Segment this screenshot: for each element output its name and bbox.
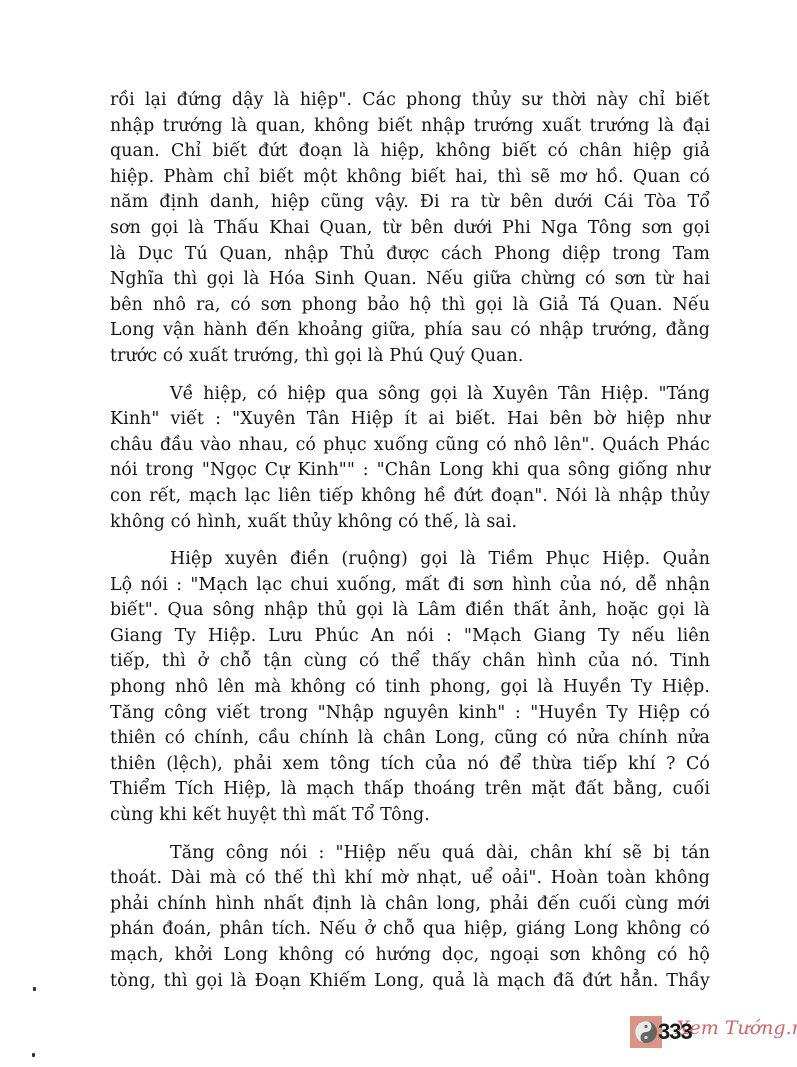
text-line: Thiểm Tích Hiệp, là mạch thấp thoáng trê… [110,777,710,803]
yin-yang-icon [634,1020,658,1044]
text-line: quan. Chỉ biết đứt đoạn là hiệp, không b… [110,139,710,165]
text-line: Nghĩa thì gọi là Hóa Sinh Quan. Nếu giữa… [110,267,710,293]
text-line: thiên (lệch), phải xem tông tích của nó … [110,752,710,778]
text-line: nhập trướng là quan, không biết nhập trư… [110,114,710,140]
text-line: hiệp. Phàm chỉ biết một không biết hai, … [110,165,710,191]
text-line: biết". Qua sông nhập thủ gọi là Lâm điền… [110,598,710,624]
scan-mark [33,987,36,991]
scan-mark [32,1053,35,1057]
text-line: là Dục Tú Quan, nhập Thủ được cách Phong… [110,242,710,268]
text-line: phán đoán, phân tích. Nếu ở chỗ qua hiệp… [110,917,710,943]
paragraph-3: Hiệp xuyên điền (ruộng) gọi là Tiềm Phục… [110,547,710,829]
page-body: rồi lại đứng dậy là hiệp". Các phong thủ… [110,88,710,994]
text-line: tòng, thì gọi là Đoạn Khiếm Long, quả là… [110,969,710,995]
text-line: Tăng công viết trong "Nhập nguyên kinh" … [110,701,710,727]
watermark-text: Xem Tướng.net [676,1017,797,1039]
paragraph-4: Tăng công nói : "Hiệp nếu quá dài, chân … [110,841,710,995]
page-footer: Xem Tướng.net 333 [628,1013,797,1051]
text-line: Kinh" viết : "Xuyên Tân Hiệp ít ai biết.… [110,407,710,433]
text-line: cùng khi kết huyệt thì mất Tổ Tông. [110,803,710,829]
text-line: tiếp, thì ở chỗ tận cùng có thể thấy châ… [110,649,710,675]
text-line: trước có xuất trướng, thì gọi là Phú Quý… [110,344,710,370]
text-line: thiên có chính, cầu chính là chân Long, … [110,726,710,752]
text-line: không có hình, xuất thủy không có thế, l… [110,510,710,536]
page-number: 333 [658,1019,692,1045]
text-line: Lộ nói : "Mạch lạc chui xuống, mất đi sơ… [110,573,710,599]
text-line: Long vận hành đến khoảng giữa, phía sau … [110,318,710,344]
text-line: con rết, mạch lạc liên tiếp không hề đứt… [110,484,710,510]
text-line: rồi lại đứng dậy là hiệp". Các phong thủ… [110,88,710,114]
paragraph-2: Về hiệp, có hiệp qua sông gọi là Xuyên T… [110,382,710,536]
text-line: sơn gọi là Thấu Khai Quan, từ bên dưới P… [110,216,710,242]
text-line: phải chính hình nhất định là chân long, … [110,892,710,918]
text-line: phong nhô lên mà không có tinh phong, gọ… [110,675,710,701]
text-line: nói trong "Ngọc Cự Kinh"" : "Chân Long k… [110,458,710,484]
text-line: bên nhô ra, có sơn phong bảo hộ thì gọi … [110,293,710,319]
text-line: Giang Ty Hiệp. Lưu Phúc An nói : "Mạch G… [110,624,710,650]
text-line: Hiệp xuyên điền (ruộng) gọi là Tiềm Phục… [110,547,710,573]
text-line: châu đầu vào nhau, có phục xuống cũng có… [110,433,710,459]
text-line: thoát. Dài mà có thế thì khí mờ nhạt, uể… [110,866,710,892]
paragraph-1: rồi lại đứng dậy là hiệp". Các phong thủ… [110,88,710,370]
text-line: năm định danh, hiệp cũng vậy. Đi ra từ b… [110,190,710,216]
text-line: Tăng công nói : "Hiệp nếu quá dài, chân … [110,841,710,867]
text-line: mạch, khởi Long không có hướng dọc, ngoạ… [110,943,710,969]
text-line: Về hiệp, có hiệp qua sông gọi là Xuyên T… [110,382,710,408]
